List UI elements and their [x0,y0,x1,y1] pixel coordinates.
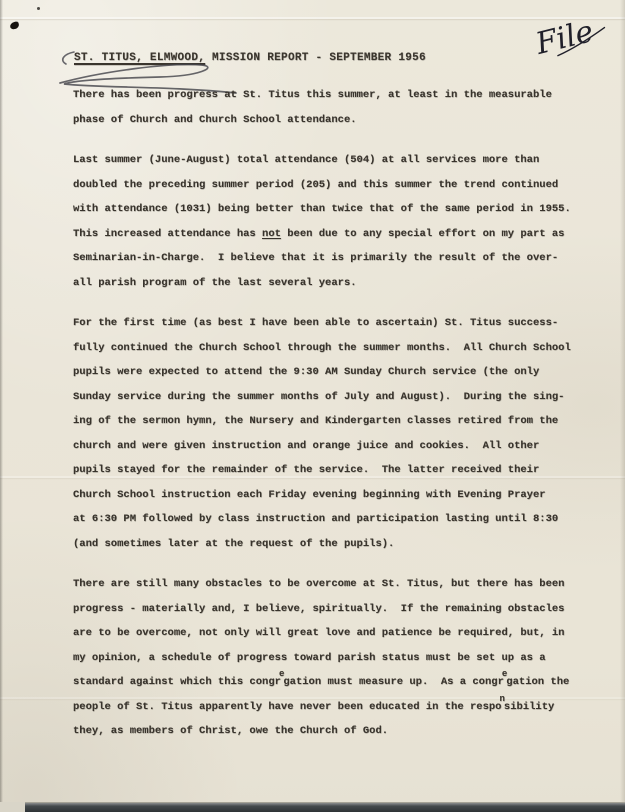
text-line: Last summer (June-August) total attendan… [73,148,593,173]
text-segment: are to be overcome, not only will great … [73,627,564,639]
text-segment: Last summer (June-August) total attendan… [73,154,539,166]
text-line: pupils were expected to attend the 9:30 … [73,360,593,385]
text-line: people of St. Titus apparently have neve… [73,695,593,720]
text-line: doubled the preceding summer period (205… [73,173,593,198]
paragraph: Last summer (June-August) total attendan… [73,148,593,295]
text-segment: There are still many obstacles to be ove… [73,578,564,590]
text-segment: my opinion, a schedule of progress towar… [73,652,546,664]
pen-hook-stroke [63,52,74,64]
text-segment: pupils stayed for the remainder of the s… [73,464,539,476]
text-line: pupils stayed for the remainder of the s… [73,458,593,483]
text-segment: gation the [506,676,569,688]
text-line: my opinion, a schedule of progress towar… [73,646,593,671]
text-line: There are still many obstacles to be ove… [73,572,593,597]
text-segment: at 6:30 PM followed by class instruction… [73,513,558,525]
text-line: standard against which this congregation… [73,670,593,695]
paragraph: For the first time (as best I have been … [73,311,593,556]
document-page: File ST. TITUS, ELMWOOD, MISSION REPORT … [0,0,625,812]
text-line: This increased attendance has not been d… [73,222,593,247]
text-line: Sunday service during the summer months … [73,385,593,410]
text-segment: been due to any special effort on my par… [281,228,565,240]
text-segment: standard against which this congr [73,676,281,688]
text-line: are to be overcome, not only will great … [73,621,593,646]
text-line: For the first time (as best I have been … [73,311,593,336]
text-line: church and were given instruction and or… [73,434,593,459]
typed-correction-letter: e [502,662,507,687]
text-segment: phase of Church and Church School attend… [73,114,357,126]
paragraph: There has been progress at St. Titus thi… [73,83,593,132]
text-segment: Sunday service during the summer months … [73,391,564,403]
text-segment: they, as members of Christ, owe the Chur… [73,725,388,737]
text-segment: people of St. Titus apparently have neve… [73,701,501,713]
text-line: with attendance (1031) being better than… [73,197,593,222]
text-line: progress - materially and, I believe, sp… [73,597,593,622]
text-segment: all parish program of the last several y… [73,277,357,289]
text-line: they, as members of Christ, owe the Chur… [73,719,593,744]
text-segment: For the first time (as best I have been … [73,317,558,329]
text-segment: gation must measure up. As a congr [283,676,504,688]
handwritten-file-note: File [515,4,625,66]
text-segment: ing of the sermon hymn, the Nursery and … [73,415,558,427]
text-segment: fully continued the Church School throug… [73,342,571,354]
text-line: at 6:30 PM followed by class instruction… [73,507,593,532]
typed-correction-letter: n [499,687,504,712]
text-line: (and sometimes later at the request of t… [73,532,593,557]
text-segment: This increased attendance has [73,228,262,240]
text-line: Seminarian-in-Charge. I believe that it … [73,246,593,271]
text-segment: with attendance (1031) being better than… [73,203,571,215]
text-segment: pupils were expected to attend the 9:30 … [73,366,539,378]
handwritten-file-text: File [531,14,596,62]
ink-blob [9,21,19,30]
text-line: Church School instruction each Friday ev… [73,483,593,508]
text-segment: (and sometimes later at the request of t… [73,538,394,550]
ink-dot [37,7,40,10]
text-line: There has been progress at St. Titus thi… [73,83,593,108]
scan-corner-shade [0,802,25,812]
underlined-word: not [262,228,281,240]
scan-edge-right [620,0,625,812]
text-line: all parish program of the last several y… [73,271,593,296]
text-segment: sibility [504,701,554,713]
document-body: There has been progress at St. Titus thi… [73,83,593,760]
text-segment: Seminarian-in-Charge. I believe that it … [73,252,558,264]
text-segment: Church School instruction each Friday ev… [73,489,546,501]
text-segment: church and were given instruction and or… [73,440,539,452]
text-segment: progress - materially and, I believe, sp… [73,603,564,615]
paragraph: There are still many obstacles to be ove… [73,572,593,744]
text-segment: doubled the preceding summer period (205… [73,179,558,191]
text-line: fully continued the Church School throug… [73,336,593,361]
scan-edge-left [0,0,3,812]
text-line: phase of Church and Church School attend… [73,108,593,133]
text-segment: There has been progress at St. Titus thi… [73,89,552,101]
typed-correction-letter: e [279,662,284,687]
text-line: ing of the sermon hymn, the Nursery and … [73,409,593,434]
scan-edge-strip [25,802,625,812]
